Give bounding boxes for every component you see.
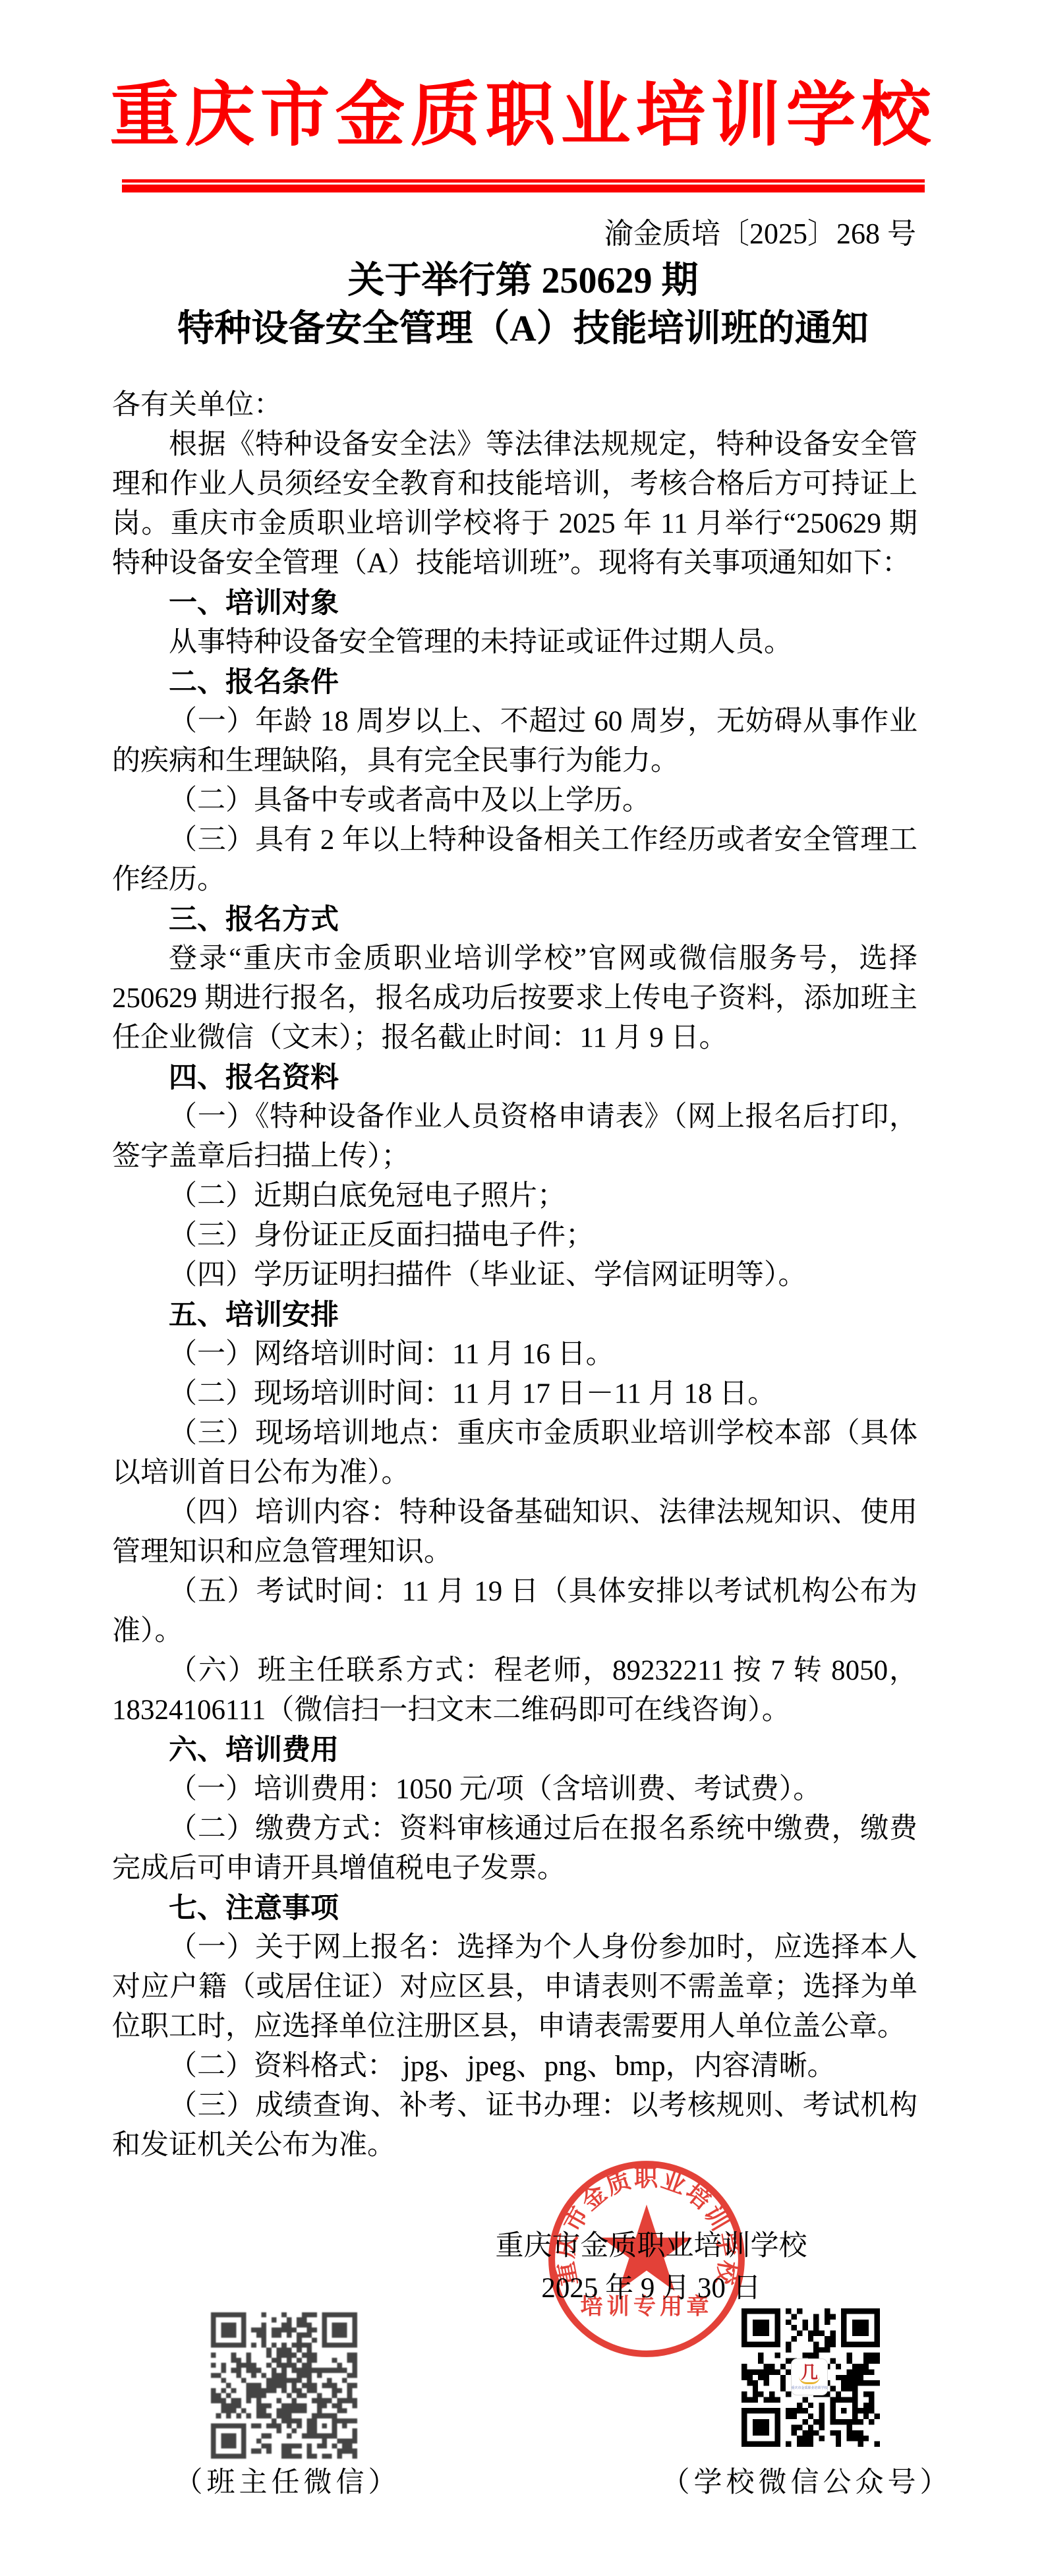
body-paragraph: （三）具有 2 年以上特种设备相关工作经历或者安全管理工作经历。 xyxy=(112,821,917,900)
body-paragraph: （三）现场培训地点：重庆市金质职业培训学校本部（具体以培训首日公布为准）。 xyxy=(112,1414,917,1493)
section-heading: 四、报名资料 xyxy=(112,1058,917,1098)
official-stamp: 重庆市金质职业培训学校 培训专用章 xyxy=(540,2153,753,2365)
qr-caption-school: （学校微信公众号） xyxy=(662,2460,952,2500)
body-paragraph: （四）培训内容：特种设备基础知识、法律法规知识、使用管理知识和应急管理知识。 xyxy=(112,1493,917,1572)
body-paragraph: （五）考试时间：11 月 19 日（具体安排以考试机构公布为准）。 xyxy=(112,1572,917,1651)
qr-caption-teacher: （班主任微信） xyxy=(175,2460,401,2500)
body-paragraph: （六）班主任联系方式：程老师，89232211 按 7 转 8050，18324… xyxy=(112,1651,917,1730)
qr-center-logo: 几 重庆市金质职业培训学校 xyxy=(791,2358,828,2395)
body-paragraph: （一）年龄 18 周岁以上、不超过 60 周岁，无妨碍从事作业的疾病和生理缺陷，… xyxy=(112,702,917,781)
body-paragraph: （三）成绩查询、补考、证书办理：以考核规则、考试机构和发证机关公布为准。 xyxy=(112,2086,917,2165)
qr-teacher-wechat xyxy=(211,2312,357,2459)
section-heading: 五、培训安排 xyxy=(112,1295,917,1335)
body-paragraph: （一）关于网上报名：选择为个人身份参加时，应选择本人对应户籍（或居住证）对应区县… xyxy=(112,1928,917,2047)
school-logo-caption: 重庆市金质职业培训学校 xyxy=(792,2386,828,2390)
divider-thick-line xyxy=(122,185,925,192)
document-title: 关于举行第 250629 期 特种设备安全管理（A）技能培训班的通知 xyxy=(0,257,1046,353)
school-logo-icon: 几 xyxy=(799,2364,820,2384)
body-paragraph: （二）近期白底免冠电子照片； xyxy=(112,1177,917,1216)
letterhead-school-name: 重庆市金质职业培训学校 xyxy=(0,74,1046,158)
body-paragraph: （二）缴费方式：资料审核通过后在报名系统中缴费，缴费完成后可申请开具增值税电子发… xyxy=(112,1809,917,1888)
document-number: 渝金质培〔2025〕268 号 xyxy=(112,214,916,254)
body-paragraph: （二）资料格式： jpg、jpeg、png、bmp，内容清晰。 xyxy=(112,2047,917,2086)
body-paragraph: （二）现场培训时间：11 月 17 日－11 月 18 日。 xyxy=(112,1374,917,1414)
stamp-star-icon xyxy=(601,2204,692,2291)
document-title-line1: 关于举行第 250629 期 xyxy=(0,257,1046,305)
body-paragraph: 各有关单位： xyxy=(112,386,917,425)
section-heading: 二、报名条件 xyxy=(112,662,917,702)
body-paragraph: 从事特种设备安全管理的未持证或证件过期人员。 xyxy=(112,623,917,662)
document-title-line2: 特种设备安全管理（A）技能培训班的通知 xyxy=(0,305,1046,353)
section-heading: 六、培训费用 xyxy=(112,1730,917,1770)
body-paragraph: （一）网络培训时间：11 月 16 日。 xyxy=(112,1335,917,1374)
stamp-bottom-text: 培训专用章 xyxy=(580,2294,712,2320)
body-paragraph: （四）学历证明扫描件（毕业证、学信网证明等）。 xyxy=(112,1256,917,1295)
body-paragraph: （一）培训费用：1050 元/项（含培训费、考试费）。 xyxy=(112,1770,917,1809)
section-heading: 一、培训对象 xyxy=(112,583,917,623)
body-paragraph: 登录“重庆市金质职业培训学校”官网或微信服务号，选择 250629 期进行报名，… xyxy=(112,939,917,1058)
section-heading: 七、注意事项 xyxy=(112,1888,917,1928)
notice-document: 重庆市金质职业培训学校 渝金质培〔2025〕268 号 关于举行第 250629… xyxy=(0,0,1046,2576)
body-paragraph: 根据《特种设备安全法》等法律法规规定，特种设备安全管理和作业人员须经安全教育和技… xyxy=(112,425,917,583)
body-paragraph: （二）具备中专或者高中及以上学历。 xyxy=(112,781,917,821)
letterhead-divider xyxy=(122,179,925,192)
document-body: 各有关单位：根据《特种设备安全法》等法律法规规定，特种设备安全管理和作业人员须经… xyxy=(112,386,917,2165)
section-heading: 三、报名方式 xyxy=(112,900,917,939)
body-paragraph: （三）身份证正反面扫描电子件； xyxy=(112,1216,917,1256)
body-paragraph: （一）《特种设备作业人员资格申请表》（网上报名后打印，签字盖章后扫描上传）； xyxy=(112,1098,917,1177)
